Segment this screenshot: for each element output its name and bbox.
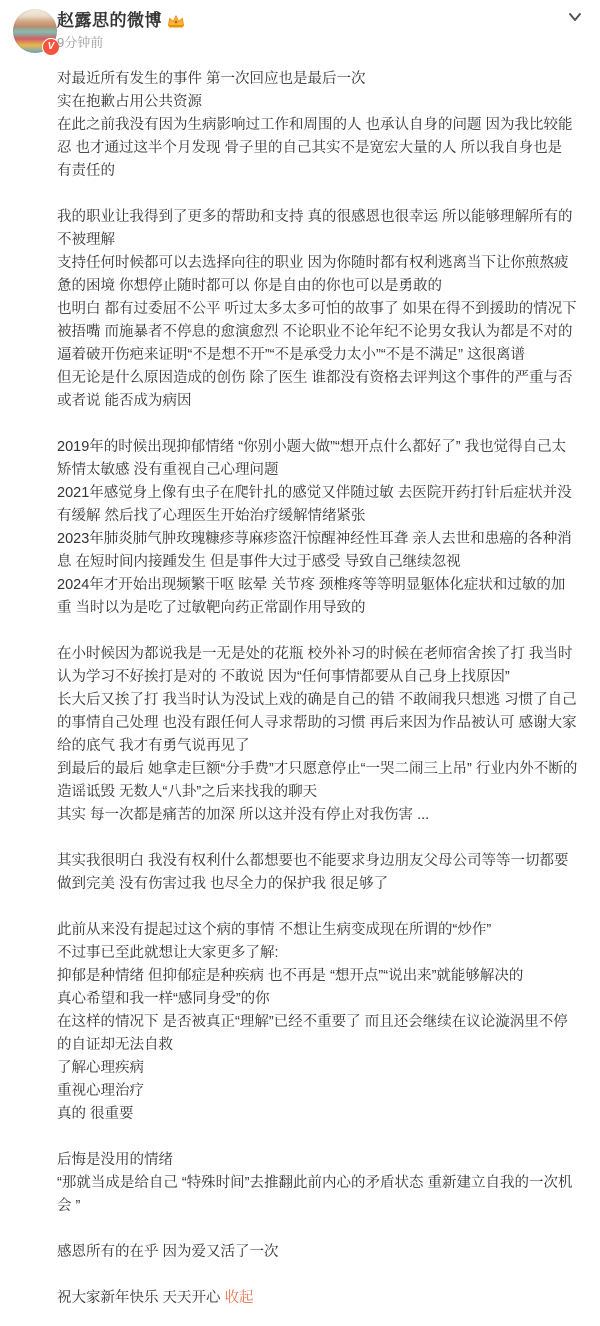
- avatar[interactable]: V: [13, 9, 57, 53]
- timestamp: 9分钟前: [57, 33, 586, 53]
- post-body-text: 对最近所有发生的事件 第一次回应也是最后一次 实在抱歉占用公共资源 在此之前我没…: [57, 71, 577, 1306]
- vip-crown-icon: [167, 14, 185, 29]
- collapse-link[interactable]: 收起: [225, 1290, 254, 1306]
- weibo-post: V 赵露思的微博 9分钟前 对最近所有发生的事件 第一次回应也是最后一次 实在抱…: [0, 0, 600, 1326]
- post-body: 对最近所有发生的事件 第一次回应也是最后一次 实在抱歉占用公共资源 在此之前我没…: [57, 68, 587, 1310]
- post-header: 赵露思的微博 9分钟前: [57, 10, 586, 56]
- username[interactable]: 赵露思的微博: [57, 10, 162, 32]
